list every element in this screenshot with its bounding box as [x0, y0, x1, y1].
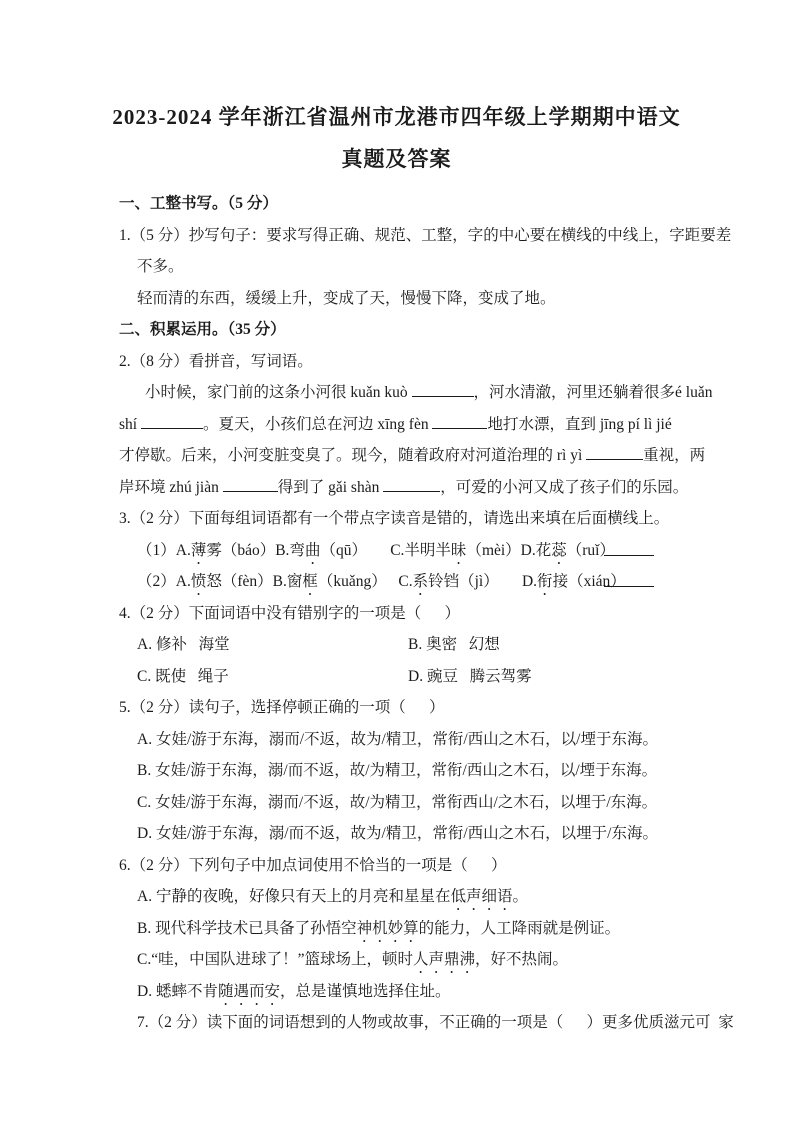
question-line: 4.（2 分）下面词语中没有错别字的一项是（ ）: [119, 598, 793, 630]
emphasized-text: 系: [413, 573, 429, 590]
text-segment: （1）A.: [137, 542, 191, 559]
answer-blank: [432, 411, 487, 429]
text-segment: （ruǐ）: [567, 542, 615, 559]
text-segment: 怒（fèn）B.窗: [206, 573, 302, 590]
text-segment: B. 女娃/游于东海，溺/而不返，故/为精卫，常衔/西山之木石，以/堙于东海。: [137, 762, 657, 779]
text-segment: C. 女娃/游于东海，溺而/不返，故/为精卫，常衔西山/之木石，以埋于/东海。: [137, 794, 657, 811]
text-segment: （kuǎng） C.: [318, 573, 413, 590]
paragraph-line: 小时候，家门前的这条小河很 kuǎn kuò ，河水清澈，河里还躺着很多é lu…: [119, 377, 793, 409]
emphasized-text: 人声鼎沸: [413, 951, 475, 968]
sub-item-line: （2）A.愤怒（fèn）B.窗框（kuǎng） C.系铃铛（jì） D.衔接（x…: [119, 566, 793, 598]
text-segment: （mèi）D.花: [466, 542, 551, 559]
text-segment: 6.（2 分）下列句子中加点词使用不恰当的一项是（ ）: [119, 857, 507, 874]
title-line-2: 真题及答案: [0, 138, 793, 180]
emphasized-text: 低声细语: [450, 888, 512, 905]
text-segment: 岸环境 zhú jiàn: [119, 479, 223, 496]
title-line-1: 2023-2024 学年浙江省温州市龙港市四年级上学期期中语文: [0, 96, 793, 138]
text-segment: 不多。: [137, 258, 184, 275]
emphasized-text: 随遇而安: [218, 983, 280, 1000]
paragraph-line: 岸环境 zhú jiàn 得到了 gǎi shàn ，可爱的小河又成了孩子们的乐…: [119, 472, 793, 504]
document-lines: 一、工整书写。（5 分）1.（5 分）抄写句子：要求写得正确、规范、工整，字的中…: [119, 188, 793, 1039]
option-line: C. 女娃/游于东海，溺而/不返，故/为精卫，常衔西山/之木石，以埋于/东海。: [119, 787, 793, 819]
text-segment: 得到了 gǎi shàn: [278, 479, 383, 496]
text-segment: 小时候，家门前的这条小河很 kuǎn kuò: [145, 384, 412, 401]
text-segment: ，河水清澈，河里还躺着很多é luǎn: [474, 384, 713, 401]
text-segment: A. 修补 海堂: [137, 636, 230, 653]
question-line: 5.（2 分）读句子，选择停顿正确的一项（ ）: [119, 692, 793, 724]
emphasized-text: 衔: [537, 573, 553, 590]
text-segment: 1.（5 分）抄写句子：要求写得正确、规范、工整，字的中心要在横线的中线上，字距…: [119, 227, 731, 244]
text-segment: shí: [119, 416, 141, 433]
text-segment: 雾（báo）B.弯: [206, 542, 305, 559]
answer-blank: [223, 474, 278, 492]
text-segment: C. 既使 绳子: [137, 668, 229, 685]
option-line: D. 女娃/游于东海，溺/而不返，故为/精卫，常衔/西山之木石，以埋于/东海。: [119, 818, 793, 850]
text-segment: 的能力，人工降雨就是例证。: [419, 920, 621, 937]
text-segment: 二、积累运用。（35 分）: [119, 321, 286, 338]
text-segment: （2）A.: [137, 573, 191, 590]
option-line: A. 宁静的夜晚，好像只有天上的月亮和星星在低声细语。: [119, 881, 793, 913]
text-segment: ，好不热闹。: [475, 951, 568, 968]
paragraph-line: shí 。夏天，小孩们总在河边 xīng fèn 地打水漂，直到 jīng pí…: [119, 409, 793, 441]
option-line: C. 既使 绳子D. 豌豆 腾云驾雾: [119, 661, 793, 693]
answer-blank: [412, 379, 474, 397]
text-segment: 一、工整书写。（5 分）: [119, 195, 278, 212]
emphasized-text: 愤: [191, 573, 207, 590]
paragraph-line: 才停歇。后来，小河变脏变臭了。现今，随着政府对河道治理的 rì yì 重视，两: [119, 440, 793, 472]
section-heading: 一、工整书写。（5 分）: [119, 188, 793, 220]
answer-blank: [383, 474, 440, 492]
emphasized-text: 神机妙算: [357, 920, 419, 937]
text-segment: D. 豌豆 腾云驾雾: [408, 661, 532, 693]
text-segment: A. 宁静的夜晚，好像只有天上的月亮和星星在: [137, 888, 450, 905]
option-line: B. 现代科学技术已具备了孙悟空神机妙算的能力，人工降雨就是例证。: [119, 913, 793, 945]
option-line: B. 女娃/游于东海，溺/而不返，故/为精卫，常衔/西山之木石，以/堙于东海。: [119, 755, 793, 787]
text-segment: 接（xián）: [553, 573, 626, 590]
page-title: 2023-2024 学年浙江省温州市龙港市四年级上学期期中语文 真题及答案: [0, 0, 793, 180]
option-line: D. 蟋蟀不肯随遇而安，总是谨慎地选择住址。: [119, 976, 793, 1008]
emphasized-text: 昧: [451, 542, 467, 559]
text-segment: 4.（2 分）下面词语中没有错别字的一项是（ ）: [119, 605, 460, 622]
text-segment: 7.（2 分）读下面的词语想到的人物或故事，不正确的一项是（ ）: [137, 1014, 602, 1031]
emphasized-text: 框: [302, 573, 318, 590]
question-line: 6.（2 分）下列句子中加点词使用不恰当的一项是（ ）: [119, 850, 793, 882]
answer-blank: [604, 555, 654, 556]
text-segment: 重视，两: [643, 447, 705, 464]
sub-item-line: （1）A.薄雾（báo）B.弯曲（qū） C.半明半昧（mèi）D.花蕊（ruǐ…: [119, 535, 793, 567]
text-segment: 才停歇。后来，小河变脏变臭了。现今，随着政府对河道治理的 rì yì: [119, 447, 586, 464]
emphasized-text: 蕊: [551, 542, 567, 559]
option-line: A. 修补 海堂B. 奥密 幻想: [119, 629, 793, 661]
text-segment: 2.（8 分）看拼音，写词语。: [119, 353, 313, 370]
answer-blank: [604, 586, 654, 587]
answer-blank: [586, 442, 643, 460]
text-segment: 轻而清的东西，缓缓上升，变成了天，慢慢下降，变成了地。: [137, 290, 556, 307]
text-segment: ，可爱的小河又成了孩子们的乐园。: [440, 479, 688, 496]
text-segment: A. 女娃/游于东海，溺而/不返，故为/精卫，常衔/西山之木石，以/堙于东海。: [137, 731, 658, 748]
text-segment: D. 蟋蟀不肯: [137, 983, 218, 1000]
text-segment: 地打水漂，直到 jīng pí lì jié: [487, 416, 671, 433]
text-segment: ，总是谨慎地选择住址。: [280, 983, 451, 1000]
watermark-text: 更多优质滋元可 家: [602, 1014, 734, 1031]
question-line: 7.（2 分）读下面的词语想到的人物或故事，不正确的一项是（ ）更多优质滋元可 …: [119, 1007, 793, 1039]
answer-blank: [141, 411, 203, 429]
emphasized-text: 薄: [191, 542, 207, 559]
section-heading: 二、积累运用。（35 分）: [119, 314, 793, 346]
emphasized-text: 曲: [305, 542, 321, 559]
option-line: C.“哇，中国队进球了！”篮球场上，顿时人声鼎沸，好不热闹。: [119, 944, 793, 976]
text-segment: D. 女娃/游于东海，溺/而不返，故为/精卫，常衔/西山之木石，以埋于/东海。: [137, 825, 658, 842]
text-segment: 。夏天，小孩们总在河边 xīng fèn: [203, 416, 432, 433]
exam-paper-page: 2023-2024 学年浙江省温州市龙港市四年级上学期期中语文 真题及答案 一、…: [0, 0, 793, 1122]
question-line: 3.（2 分）下面每组词语都有一个带点字读音是错的，请选出来填在后面横线上。: [119, 503, 793, 535]
text-segment: B. 奥密 幻想: [408, 629, 500, 661]
option-line: A. 女娃/游于东海，溺而/不返，故为/精卫，常衔/西山之木石，以/堙于东海。: [119, 724, 793, 756]
question-line: 2.（8 分）看拼音，写词语。: [119, 346, 793, 378]
continuation-line: 不多。: [119, 251, 793, 283]
continuation-line: 轻而清的东西，缓缓上升，变成了天，慢慢下降，变成了地。: [119, 283, 793, 315]
text-segment: B. 现代科学技术已具备了孙悟空: [137, 920, 357, 937]
text-segment: 。: [512, 888, 528, 905]
text-segment: C.“哇，中国队进球了！”篮球场上，顿时: [137, 951, 413, 968]
text-segment: 3.（2 分）下面每组词语都有一个带点字读音是错的，请选出来填在后面横线上。: [119, 510, 669, 527]
text-segment: （qū） C.半明半: [320, 542, 450, 559]
question-line: 1.（5 分）抄写句子：要求写得正确、规范、工整，字的中心要在横线的中线上，字距…: [119, 220, 793, 252]
text-segment: 铃铛（jì） D.: [428, 573, 537, 590]
text-segment: 5.（2 分）读句子，选择停顿正确的一项（ ）: [119, 699, 445, 716]
